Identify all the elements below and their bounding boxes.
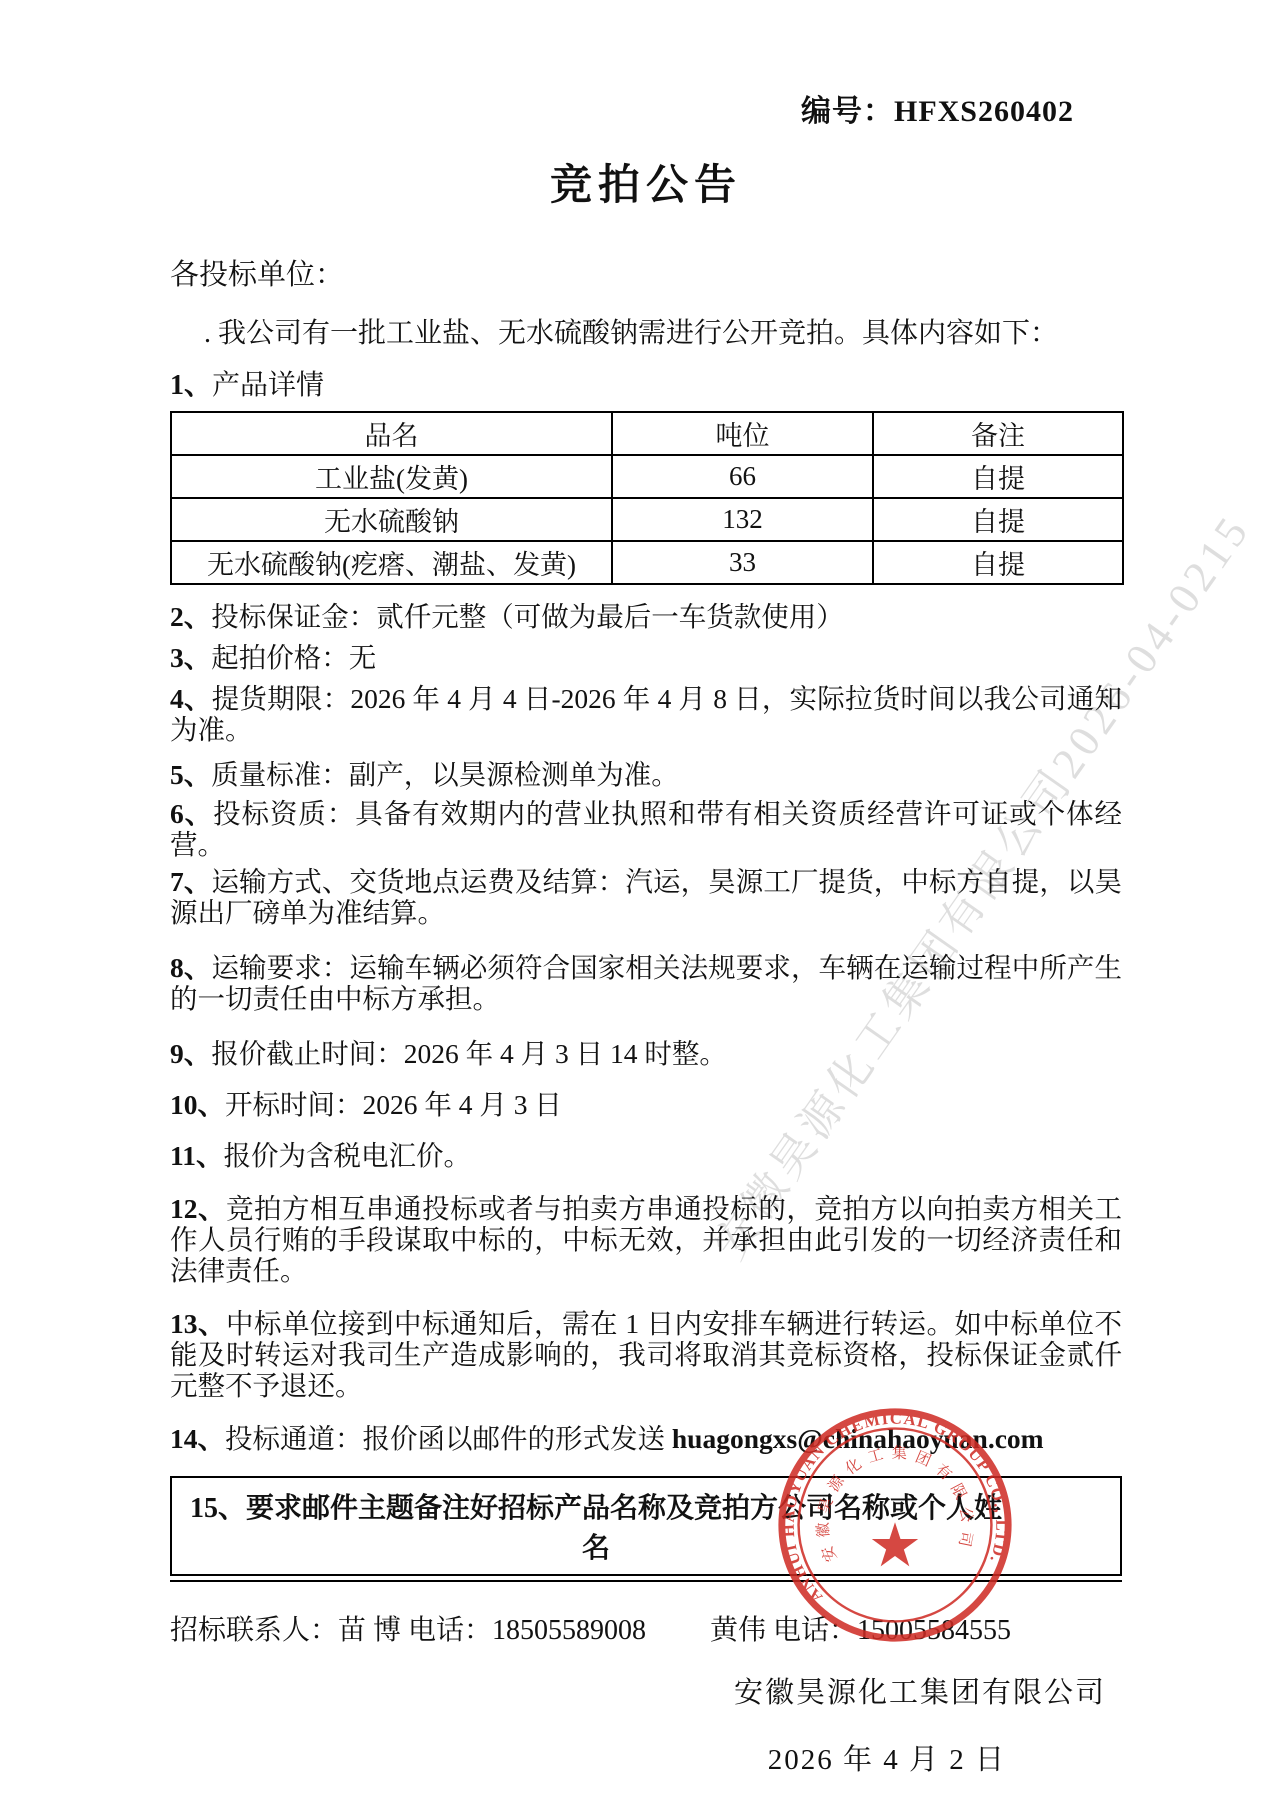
section1-heading: 1、产品详情 (170, 363, 1122, 403)
section1-title: 产品详情 (212, 370, 324, 401)
contact-secondary: 黄伟 电话：15005584555 (710, 1608, 1011, 1648)
intro-paragraph: . 我公司有一批工业盐、无水硫酸钠需进行公开竞拍。具体内容如下： (170, 311, 1122, 351)
table-cell-remark: 自提 (873, 498, 1123, 541)
item-8: 8、运输要求：运输车辆必须符合国家相关法规要求，车辆在运输过程中所产生的一切责任… (170, 952, 1122, 1014)
item-3-text: 起拍价格：无 (211, 642, 376, 673)
scanned-auction-notice: 安徽昊源化工集团有限公司2026-04-0215 编号：HFXS260402 竞… (0, 0, 1280, 1809)
table-cell-remark: 自提 (873, 455, 1123, 498)
salutation: 各投标单位： (170, 252, 1122, 293)
table-header-row: 品名 吨位 备注 (171, 412, 1123, 455)
item-13: 13、中标单位接到中标通知后，需在 1 日内安排车辆进行转运。如中标单位不能及时… (170, 1308, 1122, 1401)
item-12-number: 12、 (170, 1193, 226, 1224)
table-header-remark: 备注 (873, 412, 1123, 455)
item-14-text: 投标通道：报价函以邮件的形式发送 (225, 1423, 672, 1454)
item-10-number: 10、 (170, 1089, 225, 1120)
item-4-text: 提货期限：2026 年 4 月 4 日-2026 年 4 月 8 日，实际拉货时… (170, 683, 1122, 745)
item-2-number: 2、 (170, 601, 211, 632)
item-6: 6、投标资质：具备有效期内的营业执照和带有相关资质经营许可证或个体经营。 (170, 798, 1122, 860)
item-5-number: 5、 (170, 759, 211, 790)
item-2: 2、投标保证金：贰仟元整（可做为最后一车货款使用） (170, 601, 1122, 632)
item-9: 9、报价截止时间：2026 年 4 月 3 日 14 时整。 (170, 1038, 1122, 1069)
item-7-text: 运输方式、交货地点运费及结算：汽运，昊源工厂提货，中标方自提，以昊源出厂磅单为准… (170, 866, 1122, 928)
item-4: 4、提货期限：2026 年 4 月 4 日-2026 年 4 月 8 日，实际拉… (170, 683, 1122, 745)
bidding-email: huagongxs@chinahaoyuan.com (672, 1423, 1044, 1454)
contact-primary: 招标联系人：苗 博 电话：18505589008 (170, 1608, 646, 1648)
item-3: 3、起拍价格：无 (170, 642, 1122, 673)
item-10: 10、开标时间：2026 年 4 月 3 日 (170, 1089, 1122, 1120)
item-8-text: 运输要求：运输车辆必须符合国家相关法规要求，车辆在运输过程中所产生的一切责任由中… (170, 952, 1122, 1014)
item-10-text: 开标时间：2026 年 4 月 3 日 (225, 1089, 562, 1120)
product-table: 品名 吨位 备注 工业盐(发黄) 66 自提 无水硫酸钠 132 自提 无水硫酸… (170, 411, 1124, 585)
section1-number: 1、 (170, 370, 212, 401)
signature-date: 2026 年 4 月 2 日 (170, 1737, 1122, 1778)
table-cell-name: 工业盐(发黄) (171, 455, 612, 498)
notice-box: 15、要求邮件主题备注好招标产品名称及竞拍方公司名称或个人姓名 (170, 1476, 1122, 1576)
item-9-text: 报价截止时间：2026 年 4 月 3 日 14 时整。 (211, 1038, 727, 1069)
table-header-name: 品名 (171, 412, 612, 455)
table-row: 无水硫酸钠(疙瘩、潮盐、发黄) 33 自提 (171, 541, 1123, 584)
table-cell-tonnage: 132 (612, 498, 873, 541)
item-6-text: 投标资质：具备有效期内的营业执照和带有相关资质经营许可证或个体经营。 (170, 798, 1122, 860)
table-cell-tonnage: 33 (612, 541, 873, 584)
doc-title: 竞拍公告 (170, 152, 1122, 212)
notice-box-text: 15、要求邮件主题备注好招标产品名称及竞拍方公司名称或个人姓名 (190, 1493, 1002, 1564)
ref-number: 编号：HFXS260402 (170, 86, 1122, 130)
item-9-number: 9、 (170, 1038, 211, 1069)
item-2-text: 投标保证金：贰仟元整（可做为最后一车货款使用） (211, 601, 844, 632)
item-11-number: 11、 (170, 1140, 223, 1171)
company-name: 安徽昊源化工集团有限公司 (170, 1670, 1122, 1711)
item-14-number: 14、 (170, 1423, 225, 1454)
item-3-number: 3、 (170, 642, 211, 673)
item-6-number: 6、 (170, 798, 213, 829)
item-8-number: 8、 (170, 952, 211, 983)
item-11: 11、报价为含税电汇价。 (170, 1140, 1122, 1171)
item-4-number: 4、 (170, 683, 212, 714)
table-cell-tonnage: 66 (612, 455, 873, 498)
item-5-text: 质量标准：副产，以昊源检测单为准。 (211, 759, 679, 790)
item-14: 14、投标通道：报价函以邮件的形式发送 huagongxs@chinahaoyu… (170, 1423, 1122, 1454)
table-cell-name: 无水硫酸钠 (171, 498, 612, 541)
contact-line: 招标联系人：苗 博 电话：18505589008 黄伟 电话：150055845… (170, 1608, 1122, 1648)
table-row: 无水硫酸钠 132 自提 (171, 498, 1123, 541)
item-13-text: 中标单位接到中标通知后，需在 1 日内安排车辆进行转运。如中标单位不能及时转运对… (170, 1308, 1122, 1401)
notice-box-underline (170, 1580, 1122, 1582)
item-11-text: 报价为含税电汇价。 (223, 1140, 471, 1171)
table-cell-name: 无水硫酸钠(疙瘩、潮盐、发黄) (171, 541, 612, 584)
item-7: 7、运输方式、交货地点运费及结算：汽运，昊源工厂提货，中标方自提，以昊源出厂磅单… (170, 866, 1122, 928)
document-body: 编号：HFXS260402 竞拍公告 各投标单位： . 我公司有一批工业盐、无水… (0, 86, 1280, 1778)
table-header-tonnage: 吨位 (612, 412, 873, 455)
item-7-number: 7、 (170, 866, 211, 897)
item-12-text: 竞拍方相互串通投标或者与拍卖方串通投标的，竞拍方以向拍卖方相关工作人员行贿的手段… (170, 1193, 1122, 1286)
table-row: 工业盐(发黄) 66 自提 (171, 455, 1123, 498)
item-12: 12、竞拍方相互串通投标或者与拍卖方串通投标的，竞拍方以向拍卖方相关工作人员行贿… (170, 1193, 1122, 1286)
item-5: 5、质量标准：副产，以昊源检测单为准。 (170, 759, 1122, 790)
item-13-number: 13、 (170, 1308, 226, 1339)
table-cell-remark: 自提 (873, 541, 1123, 584)
